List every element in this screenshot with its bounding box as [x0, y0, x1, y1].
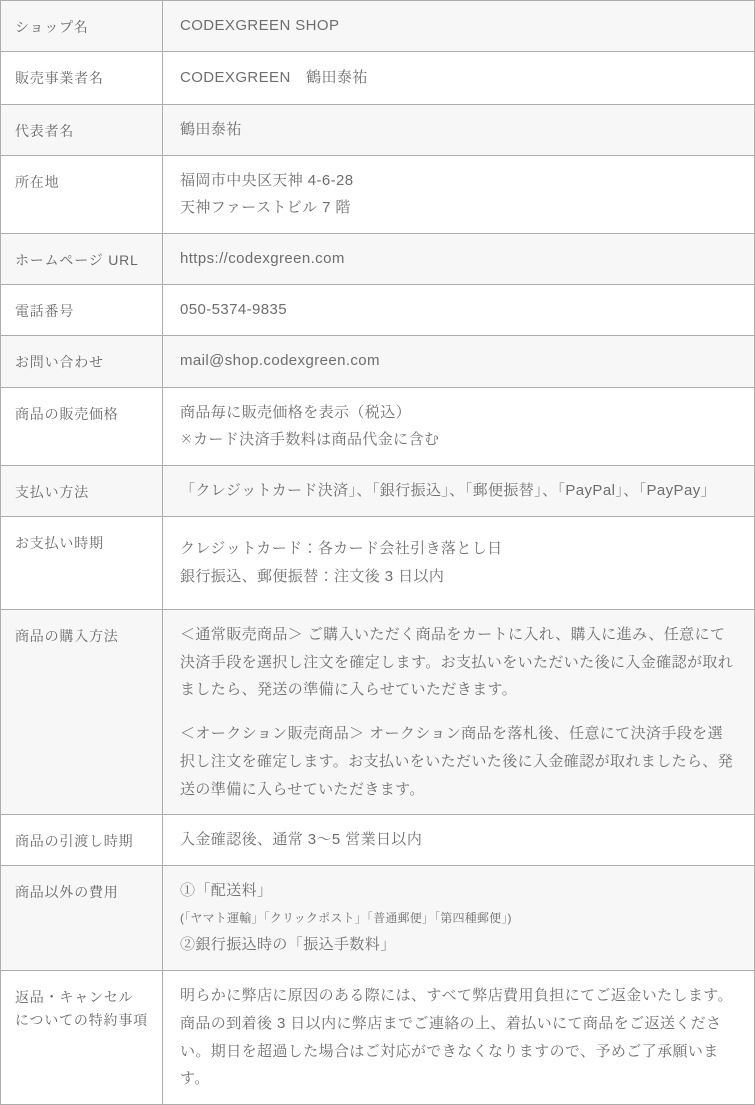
row-label: 商品の引渡し時期	[1, 815, 163, 866]
value-line: クレジットカード：各カード会社引き落とし日	[180, 535, 736, 563]
row-label-line: についての特約事項	[15, 1009, 152, 1032]
row-value: 「クレジットカード決済」、「銀行振込」、「郵便振替」、「PayPal」、「Pay…	[163, 466, 755, 517]
phone-number-text: 050-5374-9835	[180, 296, 736, 324]
value-line: ※カード決済手数料は商品代金に含む	[180, 426, 736, 454]
row-value: ＜通常販売商品＞ ご購入いただく商品をカートに入れ、購入に進み、任意にて決済手段…	[163, 609, 755, 815]
contact-email-text: mail@shop.codexgreen.com	[180, 347, 736, 375]
row-label: ショップ名	[1, 1, 163, 52]
value-line: 福岡市中央区天神 4-6-28	[180, 167, 736, 195]
row-label: 返品・キャンセル についての特約事項	[1, 971, 163, 1105]
row-label: ホームページ URL	[1, 234, 163, 285]
table-row-seller-name: 販売事業者名 CODEXGREEN 鶴田泰祐	[1, 51, 755, 104]
table-row-homepage-url: ホームページ URL https://codexgreen.com	[1, 234, 755, 285]
value-paragraph: ＜オークション販売商品＞ オークション商品を落札後、任意にて決済手段を選択し注文…	[180, 720, 736, 803]
row-label: お問い合わせ	[1, 335, 163, 387]
row-value: CODEXGREEN 鶴田泰祐	[163, 51, 755, 104]
table-row-contact: お問い合わせ mail@shop.codexgreen.com	[1, 335, 755, 387]
table-row-extra-fees: 商品以外の費用 ①「配送料」 (「ヤマト運輸」「クリックポスト」「普通郵便」「第…	[1, 866, 755, 971]
row-value: 鶴田泰祐	[163, 104, 755, 155]
row-label: 商品の購入方法	[1, 609, 163, 815]
table-row-address: 所在地 福岡市中央区天神 4-6-28 天神ファーストビル 7 階	[1, 155, 755, 234]
table-row-purchase-method: 商品の購入方法 ＜通常販売商品＞ ご購入いただく商品をカートに入れ、購入に進み、…	[1, 609, 755, 815]
value-line: 鶴田泰祐	[180, 116, 736, 144]
row-value: ①「配送料」 (「ヤマト運輸」「クリックポスト」「普通郵便」「第四種郵便」) ②…	[163, 866, 755, 971]
row-label: 販売事業者名	[1, 51, 163, 104]
row-value: 明らかに弊店に原因のある際には、すべて弊店費用負担にてご返金いたします。商品の到…	[163, 971, 755, 1105]
row-label: 商品の販売価格	[1, 387, 163, 466]
row-label: お支払い時期	[1, 516, 163, 609]
shop-info-table: ショップ名 CODEXGREEN SHOP 販売事業者名 CODEXGREEN …	[0, 0, 755, 1105]
table-row-phone: 電話番号 050-5374-9835	[1, 284, 755, 335]
value-paragraph: 明らかに弊店に原因のある際には、すべて弊店費用負担にてご返金いたします。商品の到…	[180, 982, 736, 1093]
row-value: 050-5374-9835	[163, 284, 755, 335]
shop-info-page: ショップ名 CODEXGREEN SHOP 販売事業者名 CODEXGREEN …	[0, 0, 755, 1105]
table-row-payment-timing: お支払い時期 クレジットカード：各カード会社引き落とし日 銀行振込、郵便振替：注…	[1, 516, 755, 609]
row-label: 商品以外の費用	[1, 866, 163, 971]
row-label: 電話番号	[1, 284, 163, 335]
row-value: 入金確認後、通常 3〜5 営業日以内	[163, 815, 755, 866]
row-value: CODEXGREEN SHOP	[163, 1, 755, 52]
row-value: mail@shop.codexgreen.com	[163, 335, 755, 387]
row-label: 所在地	[1, 155, 163, 234]
table-row-delivery-timing: 商品の引渡し時期 入金確認後、通常 3〜5 営業日以内	[1, 815, 755, 866]
table-row-price: 商品の販売価格 商品毎に販売価格を表示（税込） ※カード決済手数料は商品代金に含…	[1, 387, 755, 466]
table-row-representative: 代表者名 鶴田泰祐	[1, 104, 755, 155]
table-row-payment-methods: 支払い方法 「クレジットカード決済」、「銀行振込」、「郵便振替」、「PayPal…	[1, 466, 755, 517]
value-line: CODEXGREEN SHOP	[180, 12, 736, 40]
value-line: 入金確認後、通常 3〜5 営業日以内	[180, 826, 736, 854]
row-label: 支払い方法	[1, 466, 163, 517]
value-paragraph: ＜通常販売商品＞ ご購入いただく商品をカートに入れ、購入に進み、任意にて決済手段…	[180, 621, 736, 704]
homepage-url-text: https://codexgreen.com	[180, 245, 736, 273]
row-value: 福岡市中央区天神 4-6-28 天神ファーストビル 7 階	[163, 155, 755, 234]
row-value: https://codexgreen.com	[163, 234, 755, 285]
table-row-returns-policy: 返品・キャンセル についての特約事項 明らかに弊店に原因のある際には、すべて弊店…	[1, 971, 755, 1105]
value-line: 「クレジットカード決済」、「銀行振込」、「郵便振替」、「PayPal」、「Pay…	[180, 477, 736, 505]
value-line: 商品毎に販売価格を表示（税込）	[180, 399, 736, 427]
value-line: ②銀行振込時の「振込手数料」	[180, 931, 736, 959]
row-label: 代表者名	[1, 104, 163, 155]
value-line: ①「配送料」	[180, 877, 736, 905]
value-line: 天神ファーストビル 7 階	[180, 194, 736, 222]
value-line-small: (「ヤマト運輸」「クリックポスト」「普通郵便」「第四種郵便」)	[180, 905, 736, 931]
row-value: クレジットカード：各カード会社引き落とし日 銀行振込、郵便振替：注文後 3 日以…	[163, 516, 755, 609]
row-value: 商品毎に販売価格を表示（税込） ※カード決済手数料は商品代金に含む	[163, 387, 755, 466]
value-line: CODEXGREEN 鶴田泰祐	[180, 64, 736, 92]
row-label-line: 返品・キャンセル	[15, 986, 152, 1009]
value-line: 銀行振込、郵便振替：注文後 3 日以内	[180, 563, 736, 591]
table-row-shop-name: ショップ名 CODEXGREEN SHOP	[1, 1, 755, 52]
